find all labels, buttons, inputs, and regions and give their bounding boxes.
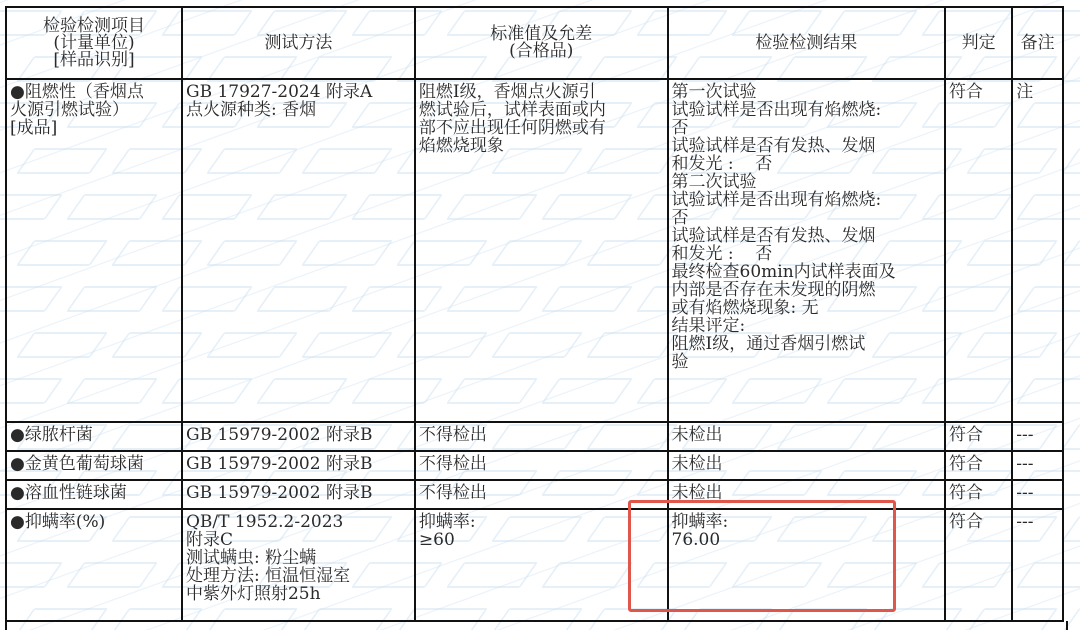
cell-line: ●金黄色葡萄球菌 [10, 455, 178, 473]
cell-item: ●阻燃性（香烟点火源引燃试验）[成品] [6, 79, 182, 422]
cell-line: 不得检出 [419, 455, 664, 473]
cell-verdict: 符合 [945, 480, 1012, 509]
header-result: 检验检测结果 [668, 7, 945, 79]
cell-remark: --- [1012, 509, 1063, 621]
cell-result: 第一次试验试验试样是否出现有焰燃烧:否试验试样是否有发热、发烟和发光 : 否第二… [668, 79, 945, 422]
cell-item: ●金黄色葡萄球菌 [6, 451, 182, 480]
cell-line: GB 15979-2002 附录B [186, 484, 411, 502]
cell-method: GB 17927-2024 附录A点火源种类: 香烟 [182, 79, 415, 422]
cell-line: 点火源种类: 香烟 [186, 101, 411, 119]
cell-line: 第二次试验 [672, 173, 941, 191]
cell-line: ●绿脓杆菌 [10, 426, 178, 444]
cell-line: 和发光 : 否 [672, 155, 941, 173]
cell-line: 不得检出 [419, 484, 664, 502]
cell-line: 和发光 : 否 [672, 245, 941, 263]
header-item: 检验检测项目 (计量单位) [样品识别] [6, 7, 182, 79]
cell-line: 焰燃烧现象 [419, 137, 664, 155]
cell-line: 火源引燃试验） [10, 101, 178, 119]
cell-method: QB/T 1952.2-2023附录C测试螨虫: 粉尘螨处理方法: 恒温恒湿室中… [182, 509, 415, 621]
header-standard: 标准值及允差 (合格品) [415, 7, 668, 79]
cell-line: 未检出 [672, 455, 941, 473]
cell-line: 或有焰燃烧现象: 无 [672, 299, 941, 317]
cell-line: 试验试样是否有发热、发烟 [672, 227, 941, 245]
cell-item: ●溶血性链球菌 [6, 480, 182, 509]
cell-standard: 不得检出 [415, 451, 668, 480]
cell-line: 未检出 [672, 426, 941, 444]
cell-line: 否 [672, 209, 941, 227]
table-row: ●阻燃性（香烟点火源引燃试验）[成品] GB 17927-2024 附录A点火源… [6, 79, 1063, 422]
cell-line: GB 17927-2024 附录A [186, 83, 411, 101]
cell-line: 燃试验后，试样表面或内 [419, 101, 664, 119]
cell-line: 阻燃Ⅰ级，香烟点火源引 [419, 83, 664, 101]
cell-item: ●绿脓杆菌 [6, 422, 182, 451]
cell-verdict: 符合 [945, 79, 1012, 422]
cell-standard: 不得检出 [415, 422, 668, 451]
cell-line: ≥60 [419, 531, 664, 549]
cell-line: [成品] [10, 119, 178, 137]
cell-line: ●抑螨率(%) [10, 513, 178, 531]
table-header-row: 检验检测项目 (计量单位) [样品识别] 测试方法 标准值及允差 (合格品) 检… [6, 7, 1063, 79]
cell-line: 试验试样是否出现有焰燃烧: [672, 191, 941, 209]
cell-result: 未检出 [668, 451, 945, 480]
table-row: ●溶血性链球菌 GB 15979-2002 附录B 不得检出 未检出 符合 --… [6, 480, 1063, 509]
cell-method: GB 15979-2002 附录B [182, 480, 415, 509]
header-verdict: 判定 [945, 7, 1012, 79]
cell-line: 阻燃Ⅰ级，通过香烟引燃试 [672, 335, 941, 353]
cell-result: 未检出 [668, 422, 945, 451]
cell-item: ●抑螨率(%) [6, 509, 182, 621]
table-continuation [5, 621, 1068, 630]
cell-line: ●阻燃性（香烟点 [10, 83, 178, 101]
table-row: ●金黄色葡萄球菌 GB 15979-2002 附录B 不得检出 未检出 符合 -… [6, 451, 1063, 480]
cell-line: 抑螨率: [419, 513, 664, 531]
cell-remark: --- [1012, 480, 1063, 509]
table-row: ●抑螨率(%) QB/T 1952.2-2023附录C测试螨虫: 粉尘螨处理方法… [6, 509, 1063, 621]
cell-line: 第一次试验 [672, 83, 941, 101]
cell-verdict: 符合 [945, 451, 1012, 480]
cell-verdict: 符合 [945, 422, 1012, 451]
cell-line: 最终检查60min内试样表面及 [672, 263, 941, 281]
cell-line: ●溶血性链球菌 [10, 484, 178, 502]
highlight-annotation-box [628, 500, 896, 612]
cell-line: 部不应出现任何阴燃或有 [419, 119, 664, 137]
cell-remark: --- [1012, 422, 1063, 451]
cell-line: 中紫外灯照射25h [186, 585, 411, 603]
header-method: 测试方法 [182, 7, 415, 79]
header-remark: 备注 [1012, 7, 1063, 79]
cell-line: 试验试样是否出现有焰燃烧: [672, 101, 941, 119]
cell-verdict: 符合 [945, 509, 1012, 621]
cell-method: GB 15979-2002 附录B [182, 451, 415, 480]
cell-line: 测试螨虫: 粉尘螨 [186, 549, 411, 567]
cell-line: 否 [672, 119, 941, 137]
cell-remark: 注 [1012, 79, 1063, 422]
cell-line: GB 15979-2002 附录B [186, 455, 411, 473]
cell-standard: 阻燃Ⅰ级，香烟点火源引燃试验后，试样表面或内部不应出现任何阴燃或有焰燃烧现象 [415, 79, 668, 422]
cell-method: GB 15979-2002 附录B [182, 422, 415, 451]
cell-line: 处理方法: 恒温恒湿室 [186, 567, 411, 585]
cell-line: 试验试样是否有发热、发烟 [672, 137, 941, 155]
cell-line: 结果评定: [672, 317, 941, 335]
cell-line: 验 [672, 353, 941, 371]
inspection-results-table: 检验检测项目 (计量单位) [样品识别] 测试方法 标准值及允差 (合格品) 检… [5, 6, 1064, 622]
cell-line: 附录C [186, 531, 411, 549]
cell-remark: --- [1012, 451, 1063, 480]
cell-line: GB 15979-2002 附录B [186, 426, 411, 444]
cell-line: QB/T 1952.2-2023 [186, 513, 411, 531]
cell-line: 不得检出 [419, 426, 664, 444]
table-row: ●绿脓杆菌 GB 15979-2002 附录B 不得检出 未检出 符合 --- [6, 422, 1063, 451]
cell-line: 内部是否存在未发现的阴燃 [672, 281, 941, 299]
